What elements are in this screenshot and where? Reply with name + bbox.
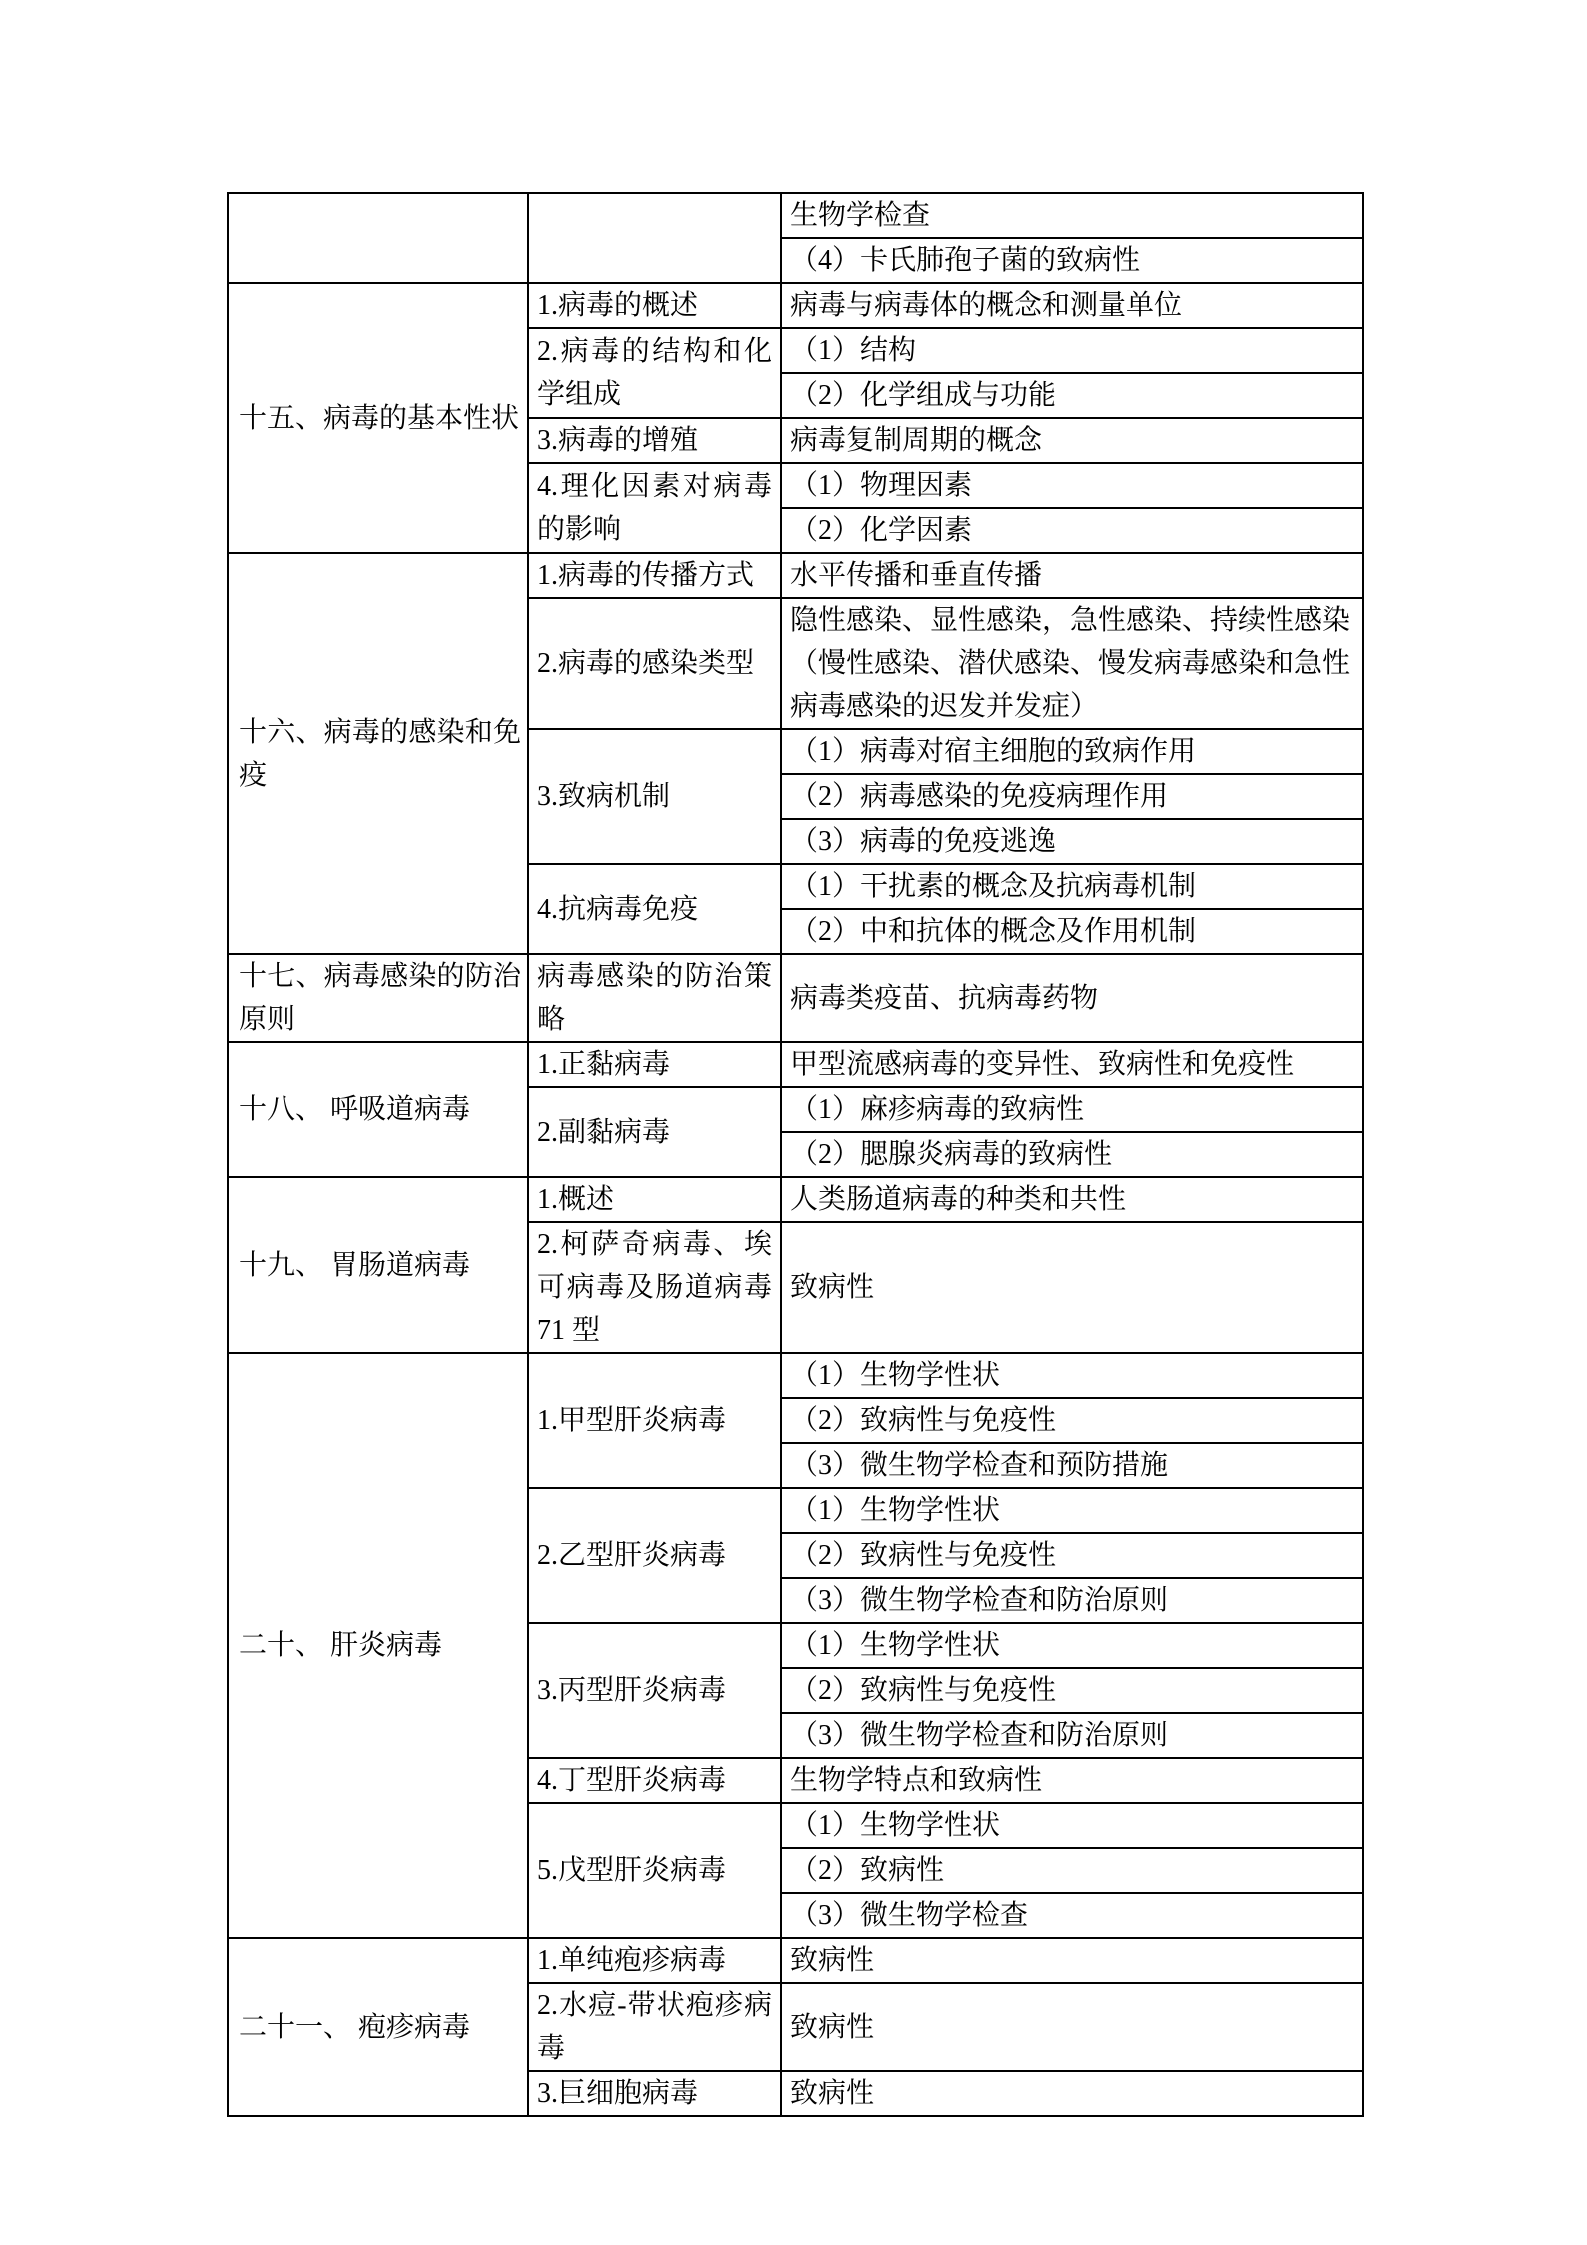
- detail-cell: 生物学特点和致病性: [781, 1758, 1363, 1803]
- topic-cell: 2.水痘-带状疱疹病毒: [528, 1983, 781, 2071]
- detail-cell: （2）致病性与免疫性: [781, 1533, 1363, 1578]
- topic-cell: 1.单纯疱疹病毒: [528, 1938, 781, 1983]
- topic-cell: 2.柯萨奇病毒、埃可病毒及肠道病毒 71 型: [528, 1222, 781, 1353]
- topic-cell: 4.丁型肝炎病毒: [528, 1758, 781, 1803]
- chapter-cell: 十六、病毒的感染和免疫: [228, 553, 528, 954]
- detail-cell: （1）生物学性状: [781, 1488, 1363, 1533]
- detail-cell: （1）麻疹病毒的致病性: [781, 1087, 1363, 1132]
- detail-cell: 病毒与病毒体的概念和测量单位: [781, 283, 1363, 328]
- detail-cell: （1）生物学性状: [781, 1803, 1363, 1848]
- topic-cell: 5.戊型肝炎病毒: [528, 1803, 781, 1938]
- table-row: 十五、病毒的基本性状 1.病毒的概述 病毒与病毒体的概念和测量单位: [228, 283, 1363, 328]
- topic-cell: 3.致病机制: [528, 729, 781, 864]
- detail-cell: （3）微生物学检查: [781, 1893, 1363, 1938]
- table-row: 二十一、 疱疹病毒 1.单纯疱疹病毒 致病性: [228, 1938, 1363, 1983]
- topic-cell: 3.丙型肝炎病毒: [528, 1623, 781, 1758]
- chapter-cell: 十七、病毒感染的防治原则: [228, 954, 528, 1042]
- detail-cell: （3）微生物学检查和预防措施: [781, 1443, 1363, 1488]
- topic-cell: 1.甲型肝炎病毒: [528, 1353, 781, 1488]
- detail-cell: （1）病毒对宿主细胞的致病作用: [781, 729, 1363, 774]
- table-row: 十九、 胃肠道病毒 1.概述 人类肠道病毒的种类和共性: [228, 1177, 1363, 1222]
- chapter-cell: 十五、病毒的基本性状: [228, 283, 528, 553]
- detail-cell: （2）腮腺炎病毒的致病性: [781, 1132, 1363, 1177]
- syllabus-table: 生物学检查 （4）卡氏肺孢子菌的致病性 十五、病毒的基本性状 1.病毒的概述 病…: [227, 192, 1364, 2117]
- detail-cell: （1）物理因素: [781, 463, 1363, 508]
- detail-cell: （3）病毒的免疫逃逸: [781, 819, 1363, 864]
- detail-cell: 致病性: [781, 1983, 1363, 2071]
- topic-cell: 2.副黏病毒: [528, 1087, 781, 1177]
- detail-cell: （1）干扰素的概念及抗病毒机制: [781, 864, 1363, 909]
- topic-cell: 4.理化因素对病毒的影响: [528, 463, 781, 553]
- topic-cell: [528, 193, 781, 283]
- topic-cell: 3.病毒的增殖: [528, 418, 781, 463]
- detail-cell: 甲型流感病毒的变异性、致病性和免疫性: [781, 1042, 1363, 1087]
- detail-cell: （2）中和抗体的概念及作用机制: [781, 909, 1363, 954]
- topic-cell: 2.乙型肝炎病毒: [528, 1488, 781, 1623]
- detail-cell: （4）卡氏肺孢子菌的致病性: [781, 238, 1363, 283]
- detail-cell: （3）微生物学检查和防治原则: [781, 1713, 1363, 1758]
- table-row: 十六、病毒的感染和免疫 1.病毒的传播方式 水平传播和垂直传播: [228, 553, 1363, 598]
- chapter-cell: 二十、 肝炎病毒: [228, 1353, 528, 1938]
- topic-cell: 1.病毒的传播方式: [528, 553, 781, 598]
- detail-cell: 隐性感染、显性感染，急性感染、持续性感染（慢性感染、潜伏感染、慢发病毒感染和急性…: [781, 598, 1363, 729]
- chapter-cell: [228, 193, 528, 283]
- detail-cell: （1）生物学性状: [781, 1353, 1363, 1398]
- detail-cell: 生物学检查: [781, 193, 1363, 238]
- detail-cell: 病毒复制周期的概念: [781, 418, 1363, 463]
- topic-cell: 1.病毒的概述: [528, 283, 781, 328]
- topic-cell: 2.病毒的结构和化学组成: [528, 328, 781, 418]
- topic-cell: 1.正黏病毒: [528, 1042, 781, 1087]
- table-row: 十八、 呼吸道病毒 1.正黏病毒 甲型流感病毒的变异性、致病性和免疫性: [228, 1042, 1363, 1087]
- detail-cell: （2）病毒感染的免疫病理作用: [781, 774, 1363, 819]
- chapter-cell: 十九、 胃肠道病毒: [228, 1177, 528, 1353]
- detail-cell: （2）化学因素: [781, 508, 1363, 553]
- detail-cell: 致病性: [781, 2071, 1363, 2116]
- detail-cell: （2）化学组成与功能: [781, 373, 1363, 418]
- detail-cell: 人类肠道病毒的种类和共性: [781, 1177, 1363, 1222]
- topic-cell: 1.概述: [528, 1177, 781, 1222]
- detail-cell: （1）结构: [781, 328, 1363, 373]
- topic-cell: 2.病毒的感染类型: [528, 598, 781, 729]
- table-row: 二十、 肝炎病毒 1.甲型肝炎病毒 （1）生物学性状: [228, 1353, 1363, 1398]
- table-row: 生物学检查: [228, 193, 1363, 238]
- document-page: { "table": { "sections": [ { "chapter": …: [0, 0, 1587, 2245]
- detail-cell: 致病性: [781, 1222, 1363, 1353]
- detail-cell: （2）致病性与免疫性: [781, 1398, 1363, 1443]
- detail-cell: （2）致病性: [781, 1848, 1363, 1893]
- chapter-cell: 二十一、 疱疹病毒: [228, 1938, 528, 2116]
- detail-cell: 致病性: [781, 1938, 1363, 1983]
- topic-cell: 4.抗病毒免疫: [528, 864, 781, 954]
- detail-cell: （2）致病性与免疫性: [781, 1668, 1363, 1713]
- topic-cell: 3.巨细胞病毒: [528, 2071, 781, 2116]
- topic-cell: 病毒感染的防治策略: [528, 954, 781, 1042]
- chapter-cell: 十八、 呼吸道病毒: [228, 1042, 528, 1177]
- detail-cell: 病毒类疫苗、抗病毒药物: [781, 954, 1363, 1042]
- table-row: 十七、病毒感染的防治原则 病毒感染的防治策略 病毒类疫苗、抗病毒药物: [228, 954, 1363, 1042]
- detail-cell: 水平传播和垂直传播: [781, 553, 1363, 598]
- detail-cell: （3）微生物学检查和防治原则: [781, 1578, 1363, 1623]
- detail-cell: （1）生物学性状: [781, 1623, 1363, 1668]
